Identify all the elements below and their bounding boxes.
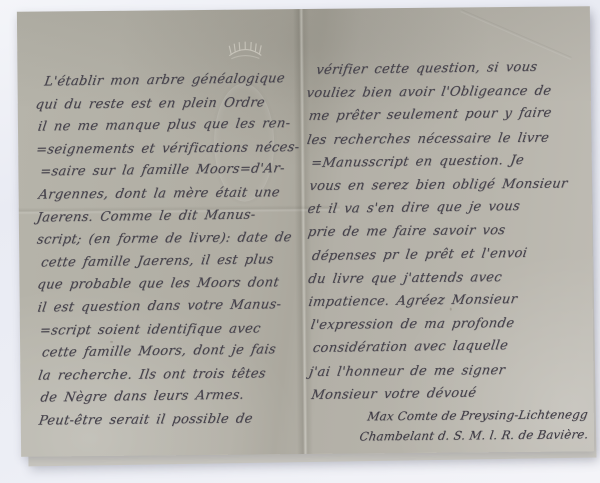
letter-line: vérifier cette question, si vous (315, 55, 587, 82)
letter-line: il est question dans votre Manus- (36, 294, 309, 320)
photo-of-letter: L'établir mon arbre généalogique qui du … (0, 0, 600, 483)
letter-line: cette famille Jaerens, il est plus (39, 249, 308, 275)
letter-line: de Nègre dans leurs Armes. (39, 384, 310, 410)
signature-name: Max Comte de Preysing-Lichtenegg (366, 405, 589, 427)
signature-block: Max Comte de Preysing-Lichtenegg Chambel… (366, 405, 586, 446)
corner-crease (460, 9, 571, 60)
letter-line: Jaerens. Comme le dit Manus- (35, 203, 308, 229)
letter-line: Peut-être serait il possible de (37, 408, 310, 433)
letter-line: me prêter seulement pour y faire (307, 101, 587, 128)
letter-line: dépenses pr le prêt et l'envoi (310, 241, 588, 268)
letter-line: il ne me manque plus que les ren- (36, 113, 307, 139)
letter-line: cette famille Moors, dont je fais (40, 339, 309, 365)
letter-line: =Manusscript en question. Je (309, 148, 587, 175)
letter-line: considération avec laquelle (311, 334, 589, 361)
letter-sheet: L'établir mon arbre généalogique qui du … (17, 6, 594, 456)
coronet-emboss-icon (223, 35, 267, 69)
right-page: vérifier cette question, si vous vouliez… (304, 56, 586, 447)
left-page: L'établir mon arbre généalogique qui du … (33, 69, 306, 433)
signature-title: Chambelant d. S. M. l. R. de Bavière. (358, 425, 589, 447)
letter-line: =saire sur la famille Moors=d'Ar- (39, 158, 308, 184)
letter-line: L'établir mon arbre généalogique (43, 68, 307, 94)
letter-line: et il va s'en dire que je vous (306, 194, 588, 221)
letter-line: impatience. Agréez Monsieur (307, 287, 589, 314)
letter-line: Monsieur votre dévoué (310, 380, 590, 407)
